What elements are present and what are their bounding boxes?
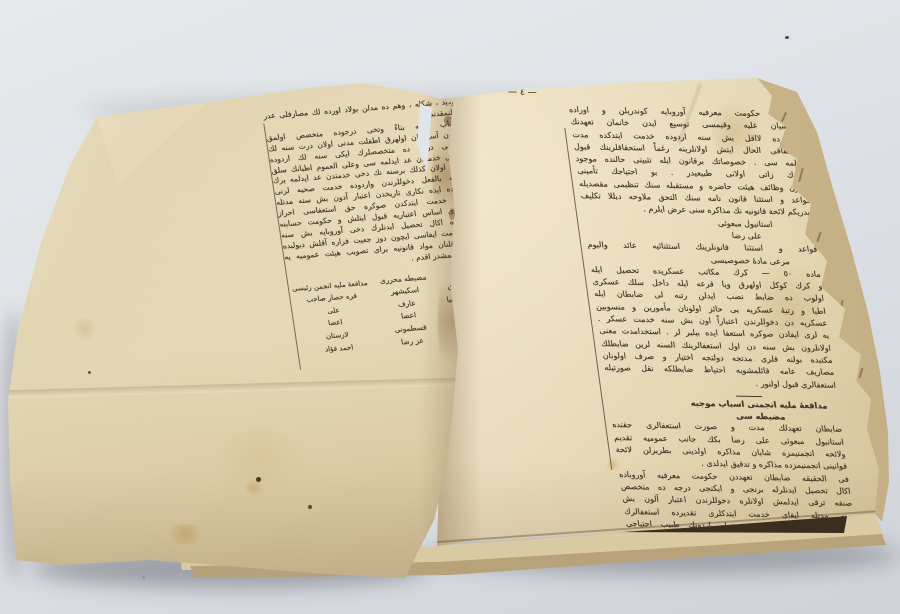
page-number: — ٤ — [508,87,578,98]
tear-mark [859,368,864,378]
stain [164,524,206,544]
paper-crease [8,378,456,399]
ink-spot [308,505,312,509]
tear-mark [781,112,787,122]
photo-surface: — ٤ — ع — حكومت معرفيه آوروبايه كوندريلن… [0,0,900,614]
paper-crease [30,108,170,328]
tear-mark [798,168,804,182]
signature-col-muharrir: مضبطه محررىاسكيشهرعارفاعضاقسطمونىعز رضا [369,269,446,351]
surface-speck [142,576,145,579]
surface-speck [238,572,241,574]
ink-spot [88,371,91,374]
left-page-lines: اوديد ، شكله ، وهم ده مدلن بولاد اورده ل… [263,96,481,273]
tear-mark [816,232,821,242]
surface-speck [785,36,789,39]
signature-col-reis: مدافعهٔ مليه انجمن رئيسىقره حصار صاحبعلى… [288,274,381,357]
stain [70,318,100,340]
ink-spot [256,477,261,482]
